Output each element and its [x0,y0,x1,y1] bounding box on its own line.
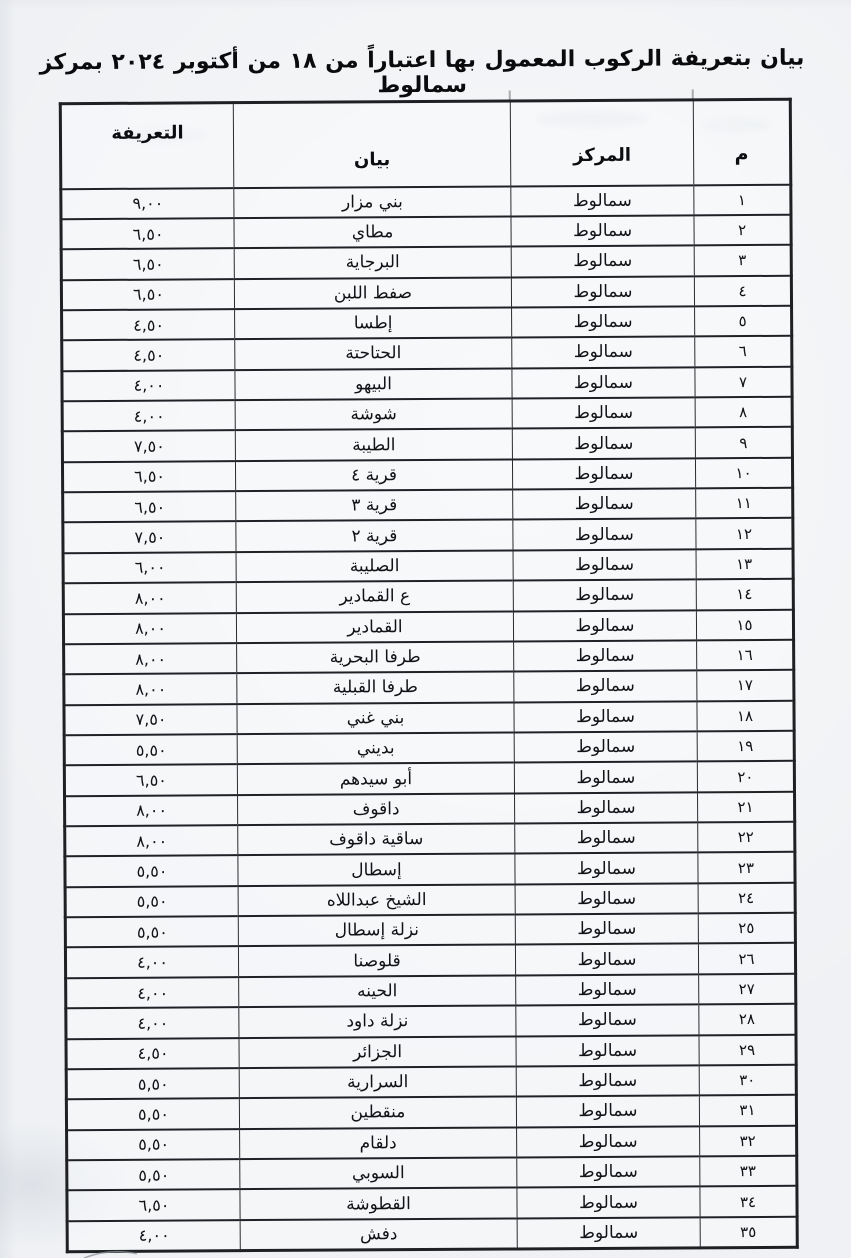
row-center-cell: سمالوط [514,640,697,671]
fare-table: م المركز بيان التعريفة ١ سمالوط بني مزار… [59,98,799,1253]
row-fare-cell: ٤,٠٠ [67,1220,240,1251]
row-name-cell: الجزائر [239,1036,516,1068]
table-header: م المركز بيان التعريفة [60,99,791,188]
row-name-cell: الطيبة [235,429,512,461]
row-index-cell: ٤ [694,275,791,306]
row-center-cell: سمالوط [516,1065,699,1096]
row-center-cell: سمالوط [515,913,698,944]
table-row: ١٣ سمالوط الصليبة ٦,٠٠ [63,549,793,584]
row-center-cell: سمالوط [515,853,698,884]
row-center-cell: سمالوط [512,397,695,428]
row-fare-cell: ٦,٥٠ [61,218,234,249]
row-fare-cell: ٦,٥٠ [63,491,236,522]
row-fare-cell: ٥,٥٠ [65,916,238,947]
row-fare-cell: ٨,٠٠ [65,825,238,856]
row-fare-cell: ٦,٥٠ [67,1190,240,1221]
table-row: ٥ سمالوط إطسا ٤,٥٠ [62,306,792,341]
row-name-cell: قرية ٢ [236,520,513,552]
row-fare-cell: ٥,٥٠ [67,1159,240,1190]
row-fare-cell: ٧,٥٠ [64,704,237,735]
row-name-cell: مطاي [234,216,511,248]
row-center-cell: سمالوط [512,306,695,337]
row-name-cell: القطوشة [240,1188,517,1220]
row-name-cell: أبو سيدهم [237,763,514,795]
row-name-cell: البرجاية [234,247,511,279]
table-row: ١ سمالوط بني مزار ٩,٠٠ [61,184,791,219]
row-center-cell: سمالوط [517,1156,700,1187]
row-name-cell: السرارية [239,1066,516,1098]
row-fare-cell: ٤,٠٠ [62,370,235,401]
scanned-page: بيان بتعريفة الركوب المعمول بها اعتباراً… [0,0,851,1258]
row-name-cell: قرية ٣ [236,490,513,522]
table-row: ٣٣ سمالوط السوبي ٥,٥٠ [67,1156,797,1191]
header-center-label: المركز [573,144,631,165]
row-center-cell: سمالوط [513,580,696,611]
table-row: ٢ سمالوط مطاي ٦,٥٠ [61,215,791,250]
row-fare-cell: ٤,٥٠ [62,339,235,370]
row-name-cell: صفط اللبن [234,277,511,309]
row-index-cell: ٣٢ [700,1125,797,1156]
row-center-cell: سمالوط [513,519,696,550]
table-row: ٢٥ سمالوط نزلة إسطال ٥,٥٠ [65,913,795,948]
row-name-cell: إطسا [235,307,512,339]
row-center-cell: سمالوط [515,883,698,914]
row-center-cell: سمالوط [517,1126,700,1157]
row-fare-cell: ٨,٠٠ [64,673,237,704]
row-index-cell: ٣٤ [700,1186,797,1217]
table-row: ٢١ سمالوط داقوف ٨,٠٠ [65,791,795,826]
row-index-cell: ١٥ [696,609,793,640]
table-row: ٣٠ سمالوط السرارية ٥,٥٠ [66,1065,796,1100]
row-fare-cell: ٤,٠٠ [62,400,235,431]
row-index-cell: ١٧ [697,670,794,701]
row-index-cell: ٩ [695,427,792,458]
row-index-cell: ٢٠ [697,761,794,792]
row-center-cell: سمالوط [515,822,698,853]
table-row: ٨ سمالوط شوشة ٤,٠٠ [62,397,792,432]
row-name-cell: ع القمادير [236,581,513,613]
header-fare: التعريفة [60,103,234,189]
row-name-cell: بني مزار [234,186,511,218]
table-body: ١ سمالوط بني مزار ٩,٠٠ ٢ سمالوط مطاي ٦,٥… [61,184,797,1251]
row-fare-cell: ٨,٠٠ [63,582,236,613]
row-name-cell: السوبي [240,1157,517,1189]
row-index-cell: ١٣ [696,549,793,580]
row-index-cell: ١٦ [697,640,794,671]
table-row: ٣٤ سمالوط القطوشة ٦,٥٠ [67,1186,797,1221]
table-row: ١٦ سمالوط طرفا البحرية ٨,٠٠ [64,640,794,675]
row-index-cell: ٢ [694,215,791,246]
row-name-cell: قرية ٤ [235,459,512,491]
row-index-cell: ١٢ [696,518,793,549]
table-row: ١٤ سمالوط ع القمادير ٨,٠٠ [63,579,793,614]
row-fare-cell: ٤,٠٠ [65,947,238,978]
row-name-cell: طرفا القبلية [237,672,514,704]
row-index-cell: ١٨ [697,700,794,731]
row-index-cell: ٥ [695,306,792,337]
table-row: ٢٨ سمالوط نزلة داود ٤,٠٠ [66,1004,796,1039]
table-row: ٢٣ سمالوط إسطال ٥,٥٠ [65,852,795,887]
table-row: ٢٦ سمالوط قلوصنا ٤,٠٠ [65,943,795,978]
row-name-cell: بديني [237,732,514,764]
row-index-cell: ٢٣ [698,852,795,883]
row-center-cell: سمالوط [514,701,697,732]
row-center-cell: سمالوط [514,671,697,702]
row-index-cell: ٢١ [698,791,795,822]
row-center-cell: سمالوط [516,974,699,1005]
table-row: ٢٤ سمالوط الشيخ عبداللاه ٥,٥٠ [65,883,795,918]
row-fare-cell: ٦,٥٠ [61,248,234,279]
row-index-cell: ٨ [695,397,792,428]
row-index-cell: ٢٦ [698,943,795,974]
row-fare-cell: ٦,٥٠ [62,461,235,492]
row-fare-cell: ٨,٠٠ [64,643,237,674]
row-index-cell: ٢٥ [698,913,795,944]
row-name-cell: الحينه [239,975,516,1007]
row-fare-cell: ٨,٠٠ [63,613,236,644]
table-row: ٢٢ سمالوط ساقية داقوف ٨,٠٠ [65,822,795,857]
row-fare-cell: ٤,٥٠ [62,309,235,340]
row-center-cell: سمالوط [515,944,698,975]
row-name-cell: داقوف [238,793,515,825]
row-center-cell: سمالوط [513,610,696,641]
table-row: ١٩ سمالوط بديني ٥,٥٠ [64,731,794,766]
table-row: ٢٧ سمالوط الحينه ٤,٠٠ [66,974,796,1009]
table-row: ١٢ سمالوط قرية ٢ ٧,٥٠ [63,518,793,553]
row-index-cell: ١٠ [695,457,792,488]
row-fare-cell: ٩,٠٠ [61,188,234,219]
row-center-cell: سمالوط [515,792,698,823]
row-fare-cell: ٥,٥٠ [67,1129,240,1160]
table-row: ٣ سمالوط البرجاية ٦,٥٠ [61,245,791,280]
row-fare-cell: ٨,٠٠ [65,795,238,826]
row-index-cell: ١١ [696,488,793,519]
row-name-cell: البيهو [235,368,512,400]
header-fare-label: التعريفة [111,122,183,143]
row-center-cell: سمالوط [511,215,694,246]
row-name-cell: دلقام [240,1127,517,1159]
row-center-cell: سمالوط [516,1005,699,1036]
row-name-cell: طرفا البحرية [237,641,514,673]
row-center-cell: سمالوط [514,731,697,762]
row-index-cell: ١ [694,184,791,215]
table-row: ٣١ سمالوط منقطين ٥,٥٠ [66,1095,796,1130]
row-center-cell: سمالوط [517,1187,700,1218]
row-name-cell: بني غني [237,702,514,734]
table-row: ١٨ سمالوط بني غني ٧,٥٠ [64,700,794,735]
row-index-cell: ١٩ [697,731,794,762]
row-index-cell: ٧ [695,366,792,397]
row-index-cell: ٢٨ [699,1004,796,1035]
row-fare-cell: ٥,٥٠ [66,1098,239,1129]
table-row: ١١ سمالوط قرية ٣ ٦,٥٠ [63,488,793,523]
row-name-cell: الصليبة [236,550,513,582]
table-row: ١٠ سمالوط قرية ٤ ٦,٥٠ [62,457,792,492]
document-title: بيان بتعريفة الركوب المعمول بها اعتباراً… [26,46,817,101]
row-name-cell: القمادير [236,611,513,643]
row-index-cell: ٣٣ [700,1156,797,1187]
row-center-cell: سمالوط [511,276,694,307]
table-row: ٢٩ سمالوط الجزائر ٤,٥٠ [66,1034,796,1069]
row-center-cell: سمالوط [512,367,695,398]
row-center-cell: سمالوط [511,246,694,277]
header-index-label: م [735,143,749,165]
row-fare-cell: ٤,٥٠ [66,1038,239,1069]
row-index-cell: ٣٠ [699,1065,796,1096]
row-name-cell: قلوصنا [238,945,515,977]
row-name-cell: الشيخ عبداللاه [238,884,515,916]
row-center-cell: سمالوط [516,1096,699,1127]
row-index-cell: ٣ [694,245,791,276]
row-fare-cell: ٦,٠٠ [63,552,236,583]
row-name-cell: شوشة [235,398,512,430]
row-name-cell: نزلة إسطال [238,915,515,947]
row-center-cell: سمالوط [512,458,695,489]
row-index-cell: ٢٧ [699,974,796,1005]
row-name-cell: منقطين [239,1097,516,1129]
row-index-cell: ٣١ [699,1095,796,1126]
table-row: ٤ سمالوط صفط اللبن ٦,٥٠ [61,275,791,310]
row-fare-cell: ٥,٥٠ [64,734,237,765]
row-center-cell: سمالوط [511,185,694,216]
row-fare-cell: ٥,٥٠ [65,886,238,917]
row-fare-cell: ٦,٥٠ [64,764,237,795]
row-fare-cell: ٧,٥٠ [62,431,235,462]
row-index-cell: ٣٥ [700,1216,797,1247]
row-center-cell: سمالوط [513,488,696,519]
row-fare-cell: ٥,٥٠ [65,856,238,887]
row-index-cell: ٦ [695,336,792,367]
row-index-cell: ٢٩ [699,1034,796,1065]
table-row: ٦ سمالوط الحتاحتة ٤,٥٠ [62,336,792,371]
row-fare-cell: ٤,٠٠ [66,1007,239,1038]
row-fare-cell: ٧,٥٠ [63,522,236,553]
table-row: ٣٥ سمالوط دفش ٤,٠٠ [67,1216,797,1251]
table-row: ١٧ سمالوط طرفا القبلية ٨,٠٠ [64,670,794,705]
row-center-cell: سمالوط [517,1217,700,1248]
row-center-cell: سمالوط [516,1035,699,1066]
row-name-cell: ساقية داقوف [238,824,515,856]
row-center-cell: سمالوط [513,549,696,580]
table-row: ١٥ سمالوط القمادير ٨,٠٠ [63,609,793,644]
header-center: المركز [510,100,694,186]
header-statement-label: بيان [354,149,390,170]
row-index-cell: ١٤ [696,579,793,610]
header-index: م [693,99,791,185]
row-center-cell: سمالوط [514,762,697,793]
row-name-cell: نزلة داود [239,1006,516,1038]
paper-sheet: بيان بتعريفة الركوب المعمول بها اعتباراً… [0,0,851,1258]
row-name-cell: دفش [240,1218,517,1250]
row-fare-cell: ٦,٥٠ [61,279,234,310]
row-center-cell: سمالوط [512,428,695,459]
row-fare-cell: ٥,٥٠ [66,1068,239,1099]
header-statement: بيان [233,101,511,188]
row-index-cell: ٢٢ [698,822,795,853]
table-row: ٩ سمالوط الطيبة ٧,٥٠ [62,427,792,462]
header-row: م المركز بيان التعريفة [60,99,791,188]
row-center-cell: سمالوط [512,337,695,368]
table-row: ٢٠ سمالوط أبو سيدهم ٦,٥٠ [64,761,794,796]
row-fare-cell: ٤,٠٠ [66,977,239,1008]
table-row: ٧ سمالوط البيهو ٤,٠٠ [62,366,792,401]
row-name-cell: إسطال [238,854,515,886]
row-index-cell: ٢٤ [698,883,795,914]
table-row: ٣٢ سمالوط دلقام ٥,٥٠ [67,1125,797,1160]
row-name-cell: الحتاحتة [235,338,512,370]
